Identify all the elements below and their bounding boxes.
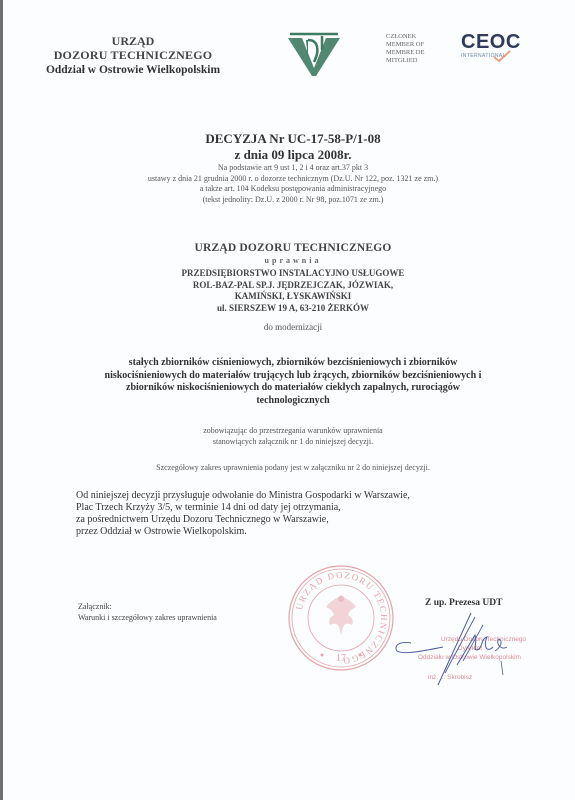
membership-line: MITGLIED	[386, 57, 446, 65]
obligation-block: zobowiązując do przestrzegania warunków …	[103, 425, 483, 447]
scope-line: stałych zbiorników ciśnieniowych, zbiorn…	[73, 357, 513, 370]
ceoc-logo: CEOC INTERNATIONAL	[461, 32, 531, 59]
attachment-label: Załącznik:	[78, 601, 278, 612]
company-line: ROL-BAZ-PAL SP.J. JĘDRZEJCZAK, JÓZWIAK,	[93, 280, 493, 292]
udt-logo-icon	[286, 28, 342, 78]
signature-block: Z up. Prezesa UDT Urzędu Dozoru Technicz…	[383, 595, 553, 700]
legal-basis-line: (tekst jednolity: Dz.U. z 2000 r. Nr 98,…	[63, 195, 523, 206]
scope-block: stałych zbiorników ciśnieniowych, zbiorn…	[73, 357, 513, 407]
authority-block: URZĄD DOZORU TECHNICZNEGO uprawnia	[103, 241, 483, 266]
obligation-line: stanowiących załącznik nr 1 do niniejsze…	[103, 436, 483, 447]
decision-date: z dnia 09 lipca 2008r.	[103, 147, 483, 163]
purpose-text: do modernizacji	[103, 321, 483, 333]
appeal-line: Plac Trzech Krzyży 3/5, w terminie 14 dn…	[76, 502, 546, 514]
membership-line: MEMBER OF	[386, 41, 446, 49]
official-stamp: URZĄD DOZORU TECHNICZNEGO 17	[286, 563, 396, 673]
ceoc-logo-text: CEOC	[461, 32, 531, 52]
decision-title: DECYZJA Nr UC-17-58-P/1-08	[103, 131, 483, 147]
issuer-line-1: URZĄD	[33, 34, 233, 48]
scope-line: zbiorników niskociśnieniowych do materia…	[73, 382, 513, 395]
obligation-line: zobowiązując do przestrzegania warunków …	[103, 425, 483, 436]
scope-line: niskociśnieniowych do materiałów trujący…	[73, 370, 513, 383]
legal-basis: Na podstawie art 9 ust 1, 2 i 4 oraz art…	[63, 163, 523, 205]
attachment-item: Warunki i szczegółowy zakres uprawnienia	[78, 612, 278, 623]
membership-line: MEMBRE DE	[386, 49, 446, 57]
svg-text:17: 17	[336, 653, 346, 664]
membership-text: CZŁONEK MEMBER OF MEMBRE DE MITGLIED	[386, 33, 446, 65]
eagle-emblem-icon	[326, 595, 356, 635]
company-line: PRZEDSIĘBIORSTWO INSTALACYJNO USŁUGOWE	[93, 268, 493, 280]
scope-line: technologicznych	[73, 395, 513, 408]
authority-verb: uprawnia	[103, 255, 483, 266]
legal-basis-line: a także art. 104 Kodeksu postępowania ad…	[63, 184, 523, 195]
appeal-block: Od niniejszej decyzji przysługuje odwoła…	[76, 490, 546, 538]
legal-basis-line: ustawy z dnia 21 grudnia 2000 r. o dozor…	[63, 174, 523, 185]
decision-heading: DECYZJA Nr UC-17-58-P/1-08 z dnia 09 lip…	[103, 131, 483, 163]
membership-line: CZŁONEK	[386, 33, 446, 41]
appeal-line: Od niniejszej decyzji przysługuje odwoła…	[76, 490, 546, 502]
legal-basis-line: Na podstawie art 9 ust 1, 2 i 4 oraz art…	[63, 163, 523, 174]
details-text: Szczegółowy zakres uprawnienia podany je…	[93, 462, 493, 473]
attachment-block: Załącznik: Warunki i szczegółowy zakres …	[78, 601, 278, 623]
company-line: KAMIŃSKI, ŁYSKAWIŃSKI	[93, 291, 493, 303]
appeal-line: za pośrednictwem Urzędu Dozoru Techniczn…	[76, 514, 546, 526]
checkmark-icon	[493, 50, 511, 62]
handwritten-signature-icon	[383, 595, 553, 700]
issuer-block: URZĄD DOZORU TECHNICZNEGO Oddział w Ostr…	[33, 34, 233, 79]
document-page: URZĄD DOZORU TECHNICZNEGO Oddział w Ostr…	[3, 0, 575, 800]
company-address: ul. SIERSZEW 19 A, 63-210 ŻERKÓW	[93, 303, 493, 315]
authority-name: URZĄD DOZORU TECHNICZNEGO	[103, 241, 483, 255]
issuer-line-2: DOZORU TECHNICZNEGO	[33, 48, 233, 62]
issuer-branch: Oddział w Ostrowie Wielkopolskim	[33, 62, 233, 79]
company-block: PRZEDSIĘBIORSTWO INSTALACYJNO USŁUGOWE R…	[93, 268, 493, 314]
appeal-line: przez Oddział w Ostrowie Wielkopolskim.	[76, 526, 546, 538]
